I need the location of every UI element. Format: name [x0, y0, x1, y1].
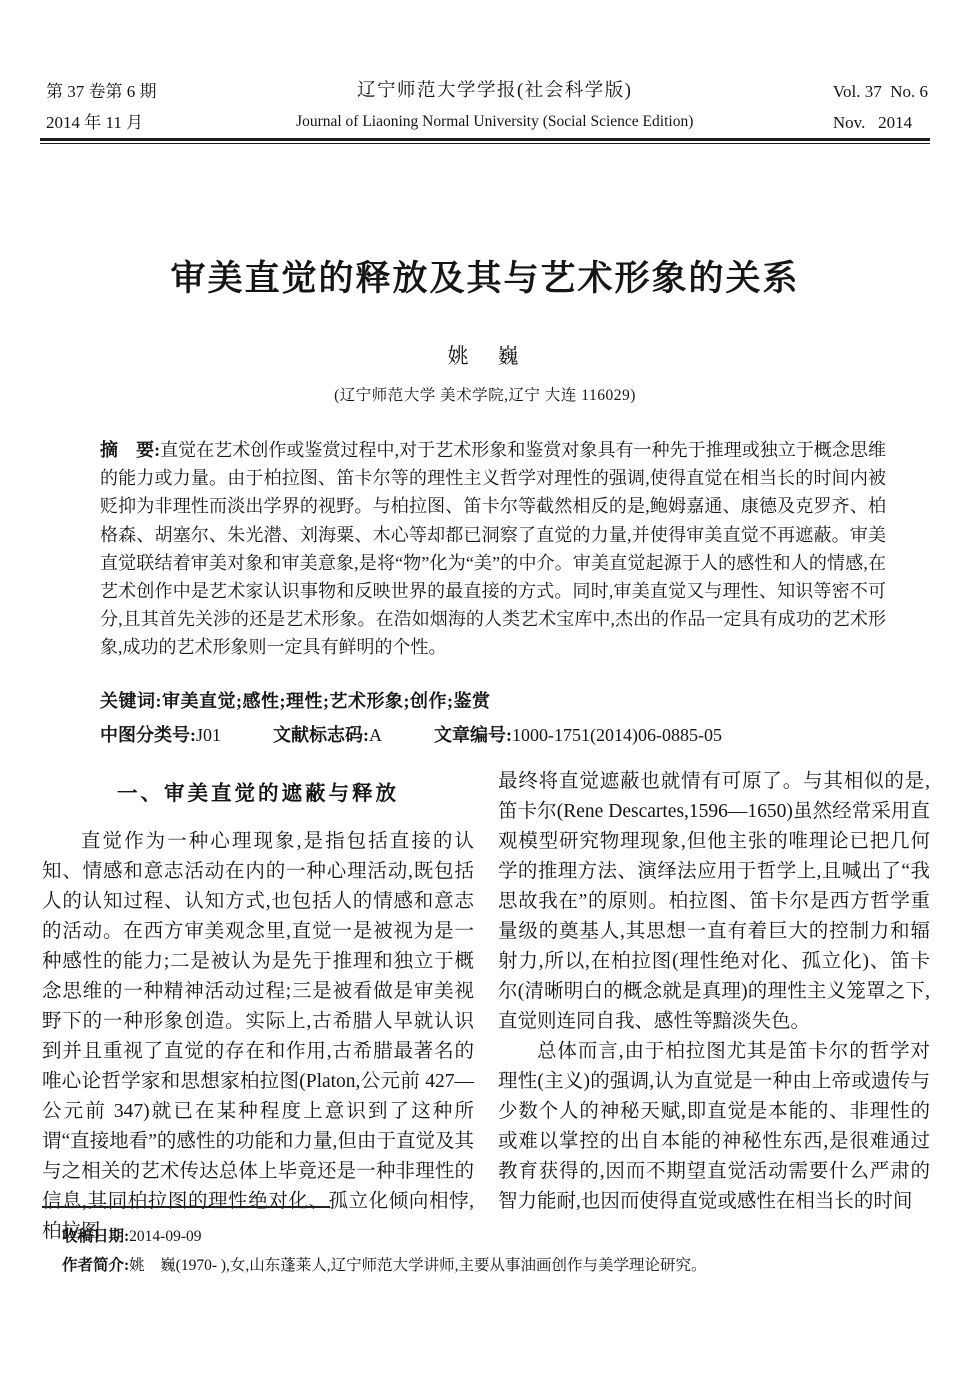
left-column: 一、审美直觉的遮蔽与释放 直觉作为一种心理现象,是指包括直接的认知、情感和意志活… [42, 767, 474, 1247]
body-paragraph-right-1: 最终将直觉遮蔽也就情有可原了。与其相似的是,笛卡尔(Rene Descartes… [498, 767, 930, 1037]
issue-date-en: Nov. 2014 [833, 107, 928, 138]
clc-number: 中图分类号:J01 [100, 721, 221, 747]
received-date-line: 收稿日期:2014-09-09 [62, 1226, 202, 1248]
article-id: 文章编号:1000-1751(2014)06-0885-05 [434, 721, 722, 747]
clc-label: 中图分类号: [100, 725, 196, 745]
clc-value: J01 [196, 725, 221, 745]
abstract-text: 直觉在艺术创作或鉴赏过程中,对于艺术形象和鉴赏对象具有一种先于推理或独立于概念思… [100, 440, 886, 657]
author-bio-line: 作者简介:姚 巍(1970- ),女,山东蓬莱人,辽宁师范大学讲师,主要从事油画… [62, 1255, 707, 1277]
volume-issue-en: Vol. 37 No. 6 [833, 76, 928, 107]
article-id-value: 1000-1751(2014)06-0885-05 [512, 725, 722, 745]
received-date-label: 收稿日期: [62, 1228, 129, 1245]
document-code: 文献标志码:A [273, 721, 382, 747]
document-code-label: 文献标志码: [273, 725, 369, 745]
header-issue-block: 第 37 卷第 6 期 2014 年 11 月 [46, 76, 157, 138]
author-affiliation: (辽宁师范大学 美术学院,辽宁 大连 116029) [0, 383, 970, 405]
body-paragraph-left: 直觉作为一种心理现象,是指包括直接的认知、情感和意志活动在内的一种心理活动,既包… [42, 827, 474, 1247]
received-date-value: 2014-09-09 [129, 1228, 201, 1245]
article-body: 一、审美直觉的遮蔽与释放 直觉作为一种心理现象,是指包括直接的认知、情感和意志活… [42, 767, 930, 1247]
author-bio-value: 姚 巍(1970- ),女,山东蓬莱人,辽宁师范大学讲师,主要从事油画创作与美学… [129, 1257, 706, 1274]
journal-title-block: 辽宁师范大学学报(社会科学版) Journal of Liaoning Norm… [157, 76, 833, 137]
abstract-block: 摘 要:直觉在艺术创作或鉴赏过程中,对于艺术形象和鉴赏对象具有一种先于推理或独立… [100, 436, 886, 662]
keywords-text: 审美直觉;感性;理性;艺术形象;创作;鉴赏 [162, 691, 490, 711]
journal-page: 第 37 卷第 6 期 2014 年 11 月 辽宁师范大学学报(社会科学版) … [0, 0, 970, 1390]
header-volume-block: Vol. 37 No. 6 Nov. 2014 [833, 76, 928, 138]
body-paragraph-right-2: 总体而言,由于柏拉图尤其是笛卡尔的哲学对理性(主义)的强调,认为直觉是一种由上帝… [498, 1037, 930, 1217]
classification-line: 中图分类号:J01 文献标志码:A 文章编号:1000-1751(2014)06… [100, 721, 774, 747]
journal-header: 第 37 卷第 6 期 2014 年 11 月 辽宁师范大学学报(社会科学版) … [46, 76, 928, 138]
volume-issue-cn: 第 37 卷第 6 期 [46, 76, 157, 107]
article-title: 审美直觉的释放及其与艺术形象的关系 [0, 251, 970, 301]
author-name: 姚 巍 [0, 340, 970, 370]
footnote-rule [42, 1206, 330, 1208]
author-bio-label: 作者简介: [62, 1257, 129, 1274]
keywords-line: 关键词:审美直觉;感性;理性;艺术形象;创作;鉴赏 [100, 687, 490, 713]
right-column: 最终将直觉遮蔽也就情有可原了。与其相似的是,笛卡尔(Rene Descartes… [498, 767, 930, 1247]
journal-title-en: Journal of Liaoning Normal University (S… [157, 106, 833, 137]
abstract-label: 摘 要: [100, 440, 160, 460]
journal-title-cn: 辽宁师范大学学报(社会科学版) [157, 76, 833, 106]
issue-date-cn: 2014 年 11 月 [46, 107, 157, 138]
article-id-label: 文章编号: [434, 725, 512, 745]
section1-heading: 一、审美直觉的遮蔽与释放 [42, 779, 474, 809]
keywords-label: 关键词: [100, 691, 162, 711]
document-code-value: A [369, 725, 382, 745]
header-double-rule [40, 138, 930, 144]
